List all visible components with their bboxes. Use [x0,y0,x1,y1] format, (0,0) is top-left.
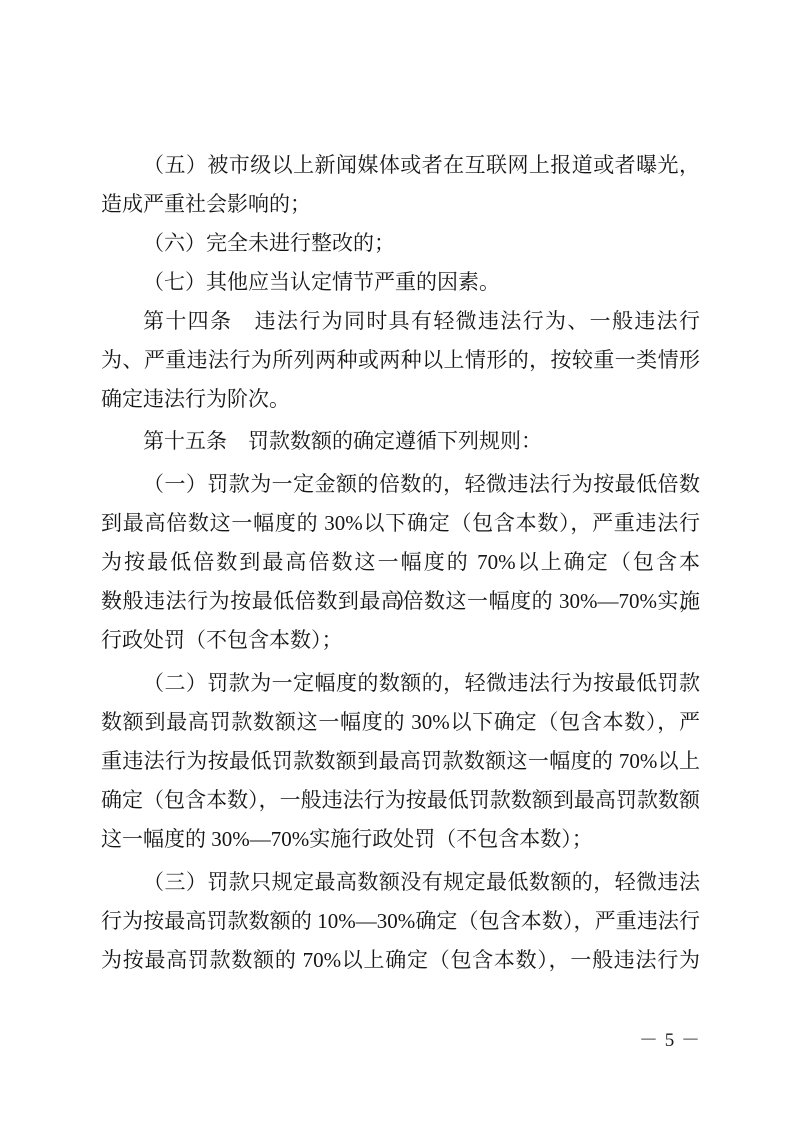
text-line: 造成严重社会影响的； [101,185,700,224]
text-line: （六）完全未进行整改的； [101,224,700,263]
text-line: 到最高倍数这一幅度的 30%以下确定（包含本数），严重违法行 [101,504,700,543]
text-line: 这一幅度的 30%—70%实施行政处罚（不包含本数）； [101,820,700,859]
text-line: 确定违法行为阶次。 [101,380,700,419]
paragraph-item-6: （六）完全未进行整改的； [101,224,700,263]
paragraph-item-7: （七）其他应当认定情节严重的因素。 [101,263,700,302]
text-line: 为按最高罚款数额的 70%以上确定（包含本数），一般违法行为 [101,941,700,980]
text-line: （七）其他应当认定情节严重的因素。 [101,263,700,302]
page-number: － 5 － [639,1029,701,1053]
text-line: （三）罚款只规定最高数额没有规定最低数额的，轻微违法 [101,863,700,902]
text-line: 确定（包含本数），一般违法行为按最低罚款数额到最高罚款数额 [101,781,700,820]
text-line: 为按最低倍数到最高倍数这一幅度的 70%以上确定（包含本数）， [101,543,700,582]
paragraph-article-14: 第十四条 违法行为同时具有轻微违法行为、一般违法行为、严重违法行为所列两种或两种… [101,302,700,419]
paragraph-rule-2: （二）罚款为一定幅度的数额的，轻微违法行为按最低罚款数额到最高罚款数额这一幅度的… [101,664,700,859]
text-line: 一般违法行为按最低倍数到最高倍数这一幅度的 30%—70%实施 [101,582,700,621]
paragraph-item-5: （五）被市级以上新闻媒体或者在互联网上报道或者曝光，造成严重社会影响的； [101,146,700,224]
document-page: （五）被市级以上新闻媒体或者在互联网上报道或者曝光，造成严重社会影响的；（六）完… [0,0,794,1123]
text-line: 第十五条 罚款数额的确定遵循下列规则： [101,422,700,461]
text-line: 数额到最高罚款数额这一幅度的 30%以下确定（包含本数），严 [101,703,700,742]
text-line: 行政处罚（不包含本数）； [101,621,700,660]
text-line: （二）罚款为一定幅度的数额的，轻微违法行为按最低罚款 [101,664,700,703]
text-line: （五）被市级以上新闻媒体或者在互联网上报道或者曝光， [101,146,700,185]
text-line: 第十四条 违法行为同时具有轻微违法行为、一般违法行 [101,302,700,341]
document-body: （五）被市级以上新闻媒体或者在互联网上报道或者曝光，造成严重社会影响的；（六）完… [101,146,700,980]
text-line: 重违法行为按最低罚款数额到最高罚款数额这一幅度的 70%以上 [101,742,700,781]
paragraph-article-15: 第十五条 罚款数额的确定遵循下列规则： [101,422,700,461]
text-line: 为、严重违法行为所列两种或两种以上情形的，按较重一类情形 [101,341,700,380]
text-line: （一）罚款为一定金额的倍数的，轻微违法行为按最低倍数 [101,465,700,504]
paragraph-rule-3: （三）罚款只规定最高数额没有规定最低数额的，轻微违法行为按最高罚款数额的 10%… [101,863,700,980]
text-line: 行为按最高罚款数额的 10%—30%确定（包含本数），严重违法行 [101,902,700,941]
paragraph-rule-1: （一）罚款为一定金额的倍数的，轻微违法行为按最低倍数到最高倍数这一幅度的 30%… [101,465,700,660]
